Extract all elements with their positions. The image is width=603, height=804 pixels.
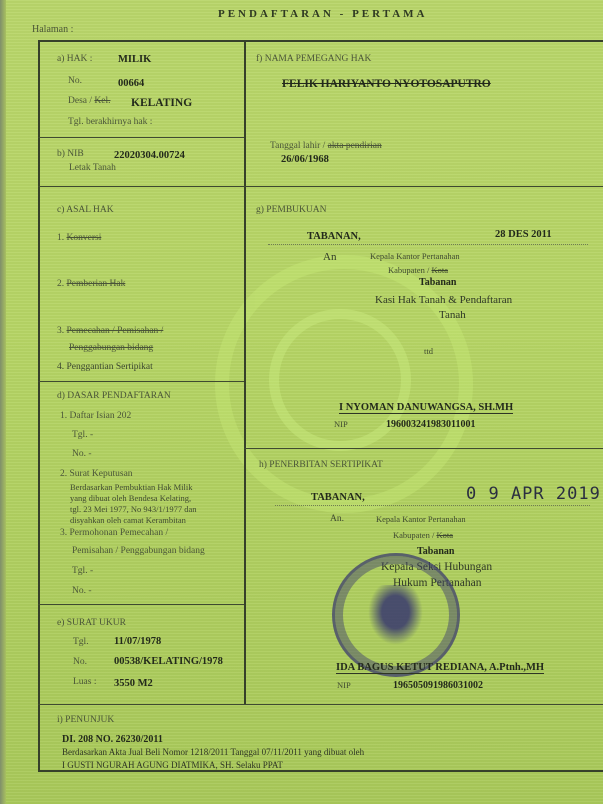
kota-struck: Kota [436,530,453,540]
h-an: An. [330,514,344,524]
letak-tanah-label: Letak Tanah [69,163,116,173]
penunjuk-line-1: DI. 208 NO. 26230/2011 [62,734,163,745]
d-no-1: No. - [72,449,92,459]
desa-label: Desa / Kel. [68,96,110,106]
h-date-stamp: 0 9 APR 2019 [466,484,601,504]
akta-struck: akta pendirian [328,141,382,151]
g-an: An [323,251,336,263]
h-region: Tabanan [417,546,454,557]
luas-value: 3550 M2 [114,678,153,689]
h-nip-label: NIP [337,680,351,690]
hak-label: a) HAK : [57,54,92,64]
page-title: PENDAFTARAN - PERTAMA [218,8,427,20]
frame-top [38,40,603,42]
g-nip-label: NIP [334,419,348,429]
penerbitan-heading: h) PENERBITAN SERTIPIKAT [259,460,383,470]
holder-name: FELIK HARIYANTO NYOTOSAPUTRO [282,78,491,90]
divider-e-i [38,704,603,705]
kab-text: Kabupaten / [388,265,429,275]
divider-a-b [38,137,244,138]
item-num: 2. [57,279,64,289]
item-num: 4. [57,362,64,372]
divider-b-c [38,186,603,187]
d-tgl-1: Tgl. - [72,430,93,440]
birth-value: 26/06/1968 [281,154,329,165]
dasar-heading: d) DASAR PENDAFTARAN [57,391,171,401]
g-kabupaten: Kabupaten / Kota [388,265,448,275]
asal-item-1: 1. Konversi [57,233,101,243]
page-number-label: Halaman : [32,24,73,35]
su-tgl-label: Tgl. [73,637,89,647]
asal-item-4: 4. Penggantian Sertipikat [57,362,153,372]
asal-hak-heading: c) ASAL HAK [57,205,114,215]
note-line: Berdasarkan Pembuktian Hak Milik [70,482,197,493]
g-region: Tabanan [419,277,456,288]
hak-value: MILIK [118,54,151,65]
asal-item-2: 2. Pemberian Hak [57,279,125,289]
pembukuan-heading: g) PEMBUKUAN [256,205,326,215]
kab-text: Kabupaten / [393,530,434,540]
item-text: Konversi [67,233,102,243]
divider-g-h [244,448,603,449]
h-nip-value: 196505091986031002 [393,680,483,691]
g-office: Kepala Kantor Pertanahan [370,251,460,261]
g-official-name: I NYOMAN DANUWANGSA, SH.MH [339,402,513,414]
frame-bottom [38,770,603,772]
kel-struck: Kel. [94,96,110,106]
divider-d-e [38,604,244,605]
date-dotted-line [268,244,588,246]
penunjuk-line-3: I GUSTI NGURAH AGUNG DIATMIKA, SH. Selak… [62,760,283,770]
pemisahan-label: Pemisahan / Penggabungan bidang [72,546,205,556]
nib-value: 22020304.00724 [114,150,185,161]
g-position-1: Kasi Hak Tanah & Pendaftaran [375,294,512,306]
item-text: Penggantian Sertipikat [67,362,153,372]
g-ttd: ttd [424,346,433,356]
g-place: TABANAN, [307,231,361,242]
date-dotted-line [275,505,590,507]
note-line: yang dibuat oleh Bendesa Kelating, [70,493,197,504]
luas-label: Luas : [73,677,96,687]
surat-keputusan-note: Berdasarkan Pembuktian Hak Milik yang di… [70,482,197,526]
birth-label: Tanggal lahir / akta pendirian [270,141,382,151]
h-kabupaten: Kabupaten / Kota [393,530,453,540]
daftar-isian: 1. Daftar Isian 202 [60,411,131,421]
su-tgl-value: 11/07/1978 [114,636,161,647]
asal-item-3: 3. Pemecahan / Pemisahan / [57,326,163,336]
page-edge [0,0,6,804]
desa-text: Desa / [68,96,92,106]
item-text: Pemberian Hak [67,279,126,289]
h-official-name: IDA BAGUS KETUT REDIANA, A.Ptnh.,MH [336,662,544,674]
no-value: 00664 [118,78,144,89]
nib-label: b) NIB [57,149,84,159]
note-line: tgl. 23 Mei 1977, No 943/1/1977 dan [70,504,197,515]
item-text: Penggabungan bidang [69,343,153,353]
kota-struck: Kota [431,265,448,275]
h-place: TABANAN, [311,492,365,503]
no-label: No. [68,76,82,86]
penunjuk-line-2: Berdasarkan Akta Jual Beli Nomor 1218/20… [62,747,364,757]
note-line: disyahkan oleh camat Kerambitan [70,515,197,526]
d-no-3: No. - [72,586,92,596]
permohonan-pemecahan: 3. Permohonan Pemecahan / [60,528,168,538]
pemegang-heading: f) NAMA PEMEGANG HAK [256,54,371,64]
su-no-value: 00538/KELATING/1978 [114,656,223,667]
item-num: 1. [57,233,64,243]
item-num: 3. [57,326,64,336]
frame-middle [244,40,246,705]
surat-ukur-heading: e) SURAT UKUR [57,618,126,628]
h-office: Kepala Kantor Pertanahan [376,514,466,524]
surat-keputusan: 2. Surat Keputusan [60,469,133,479]
birth-text: Tanggal lahir / [270,141,325,151]
frame-left [38,40,40,770]
garuda-emblem-icon [368,585,423,645]
g-position-2: Tanah [439,309,466,321]
penunjuk-heading: i) PENUNJUK [57,715,114,725]
d-tgl-3: Tgl. - [72,566,93,576]
g-nip-value: 196003241983011001 [386,419,475,430]
desa-value: KELATING [131,97,192,109]
su-no-label: No. [73,657,87,667]
item-text: Pemecahan / Pemisahan / [67,326,164,336]
expiry-label: Tgl. berakhirnya hak : [68,117,152,127]
asal-item-3b: Penggabungan bidang [69,343,153,353]
g-date: 28 DES 2011 [495,229,552,240]
divider-c-d [38,381,244,382]
